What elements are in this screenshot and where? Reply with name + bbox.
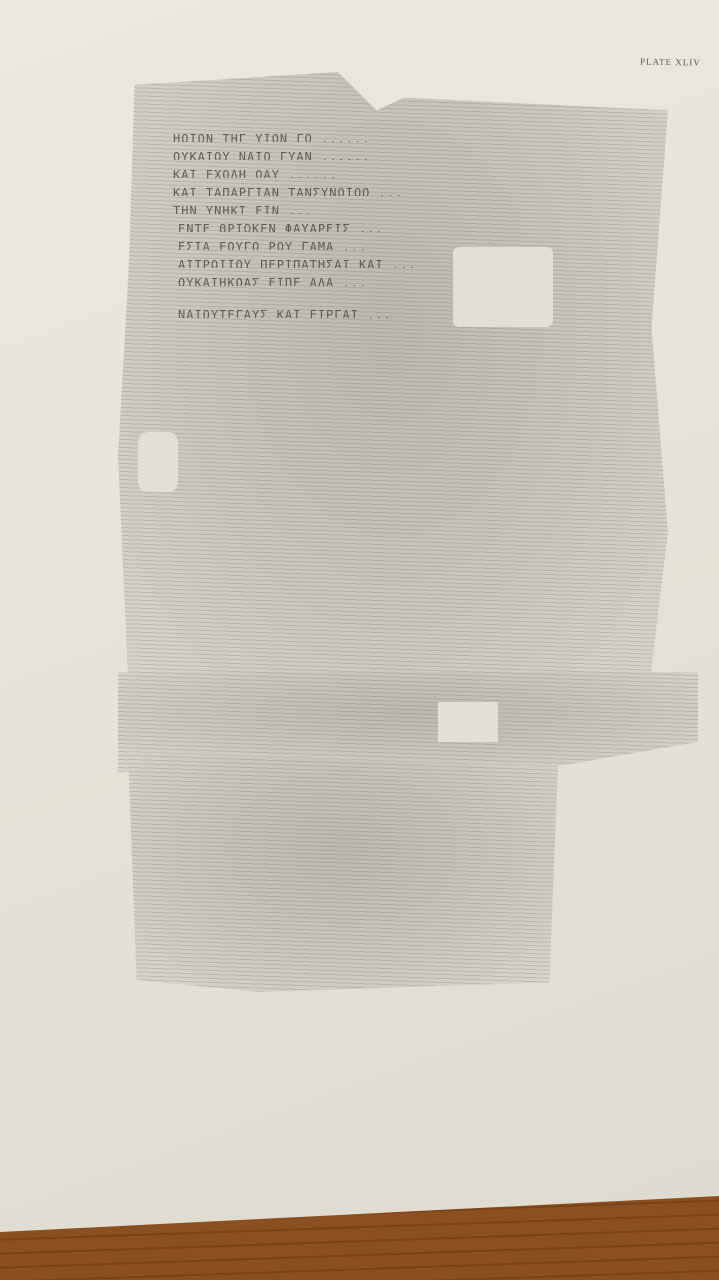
- text-line: ΝΑΙΟΥΤΕΓΑΥΣ ΚΑΙ ΕΙΡΓΑΙ ...: [178, 308, 578, 318]
- text-line: ΤΗΝ ΥΝΗΚΙ ΕΙΝ ...: [173, 204, 643, 214]
- papyrus-fragment: ΗΟΙΟΝ ΤΗΓ ΥΙΟΝ ΓΟ ...... ΟΥΚΑΙΟΥ ΝΑΙΟ ΓΥ…: [118, 72, 698, 992]
- text-line: ΚΑΙ ΤΑΠΑΡΓΙΑΝ ΤΑΝΣΥΝΟΙΟΟ ...: [173, 186, 643, 196]
- text-line: ΟΥΚΑΙΗΚΟΑΣ ΕΙΠΕ ΑΛΑ ...: [178, 276, 468, 286]
- plate-label: PLATE XLIV: [640, 56, 701, 67]
- text-line: ΚΑΙ ΕΧΟΔΗ ΟΑΥ ......: [173, 168, 623, 178]
- text-line: ΕΝΤΕ ΘΡΙΩΚΕΝ ΦΑΥΑΡΕΙΣ ...: [178, 222, 648, 232]
- text-line: ΕΣΙΑ ΕΟΥΓΟ ΡΟΥ ΓΑΜΑ ...: [178, 240, 468, 250]
- text-line: ΗΟΙΟΝ ΤΗΓ ΥΙΟΝ ΓΟ ......: [173, 132, 623, 142]
- text-line: ΟΥΚΑΙΟΥ ΝΑΙΟ ΓΥΑΝ ......: [173, 150, 623, 160]
- text-line: ΑΙΤΡΟΙΙΟΥ ΠΕΡΙΠΑΤΗΣΑΙ ΚΑΙ ...: [178, 258, 468, 268]
- text-lines: ΗΟΙΟΝ ΤΗΓ ΥΙΟΝ ΓΟ ...... ΟΥΚΑΙΟΥ ΝΑΙΟ ΓΥ…: [118, 72, 698, 992]
